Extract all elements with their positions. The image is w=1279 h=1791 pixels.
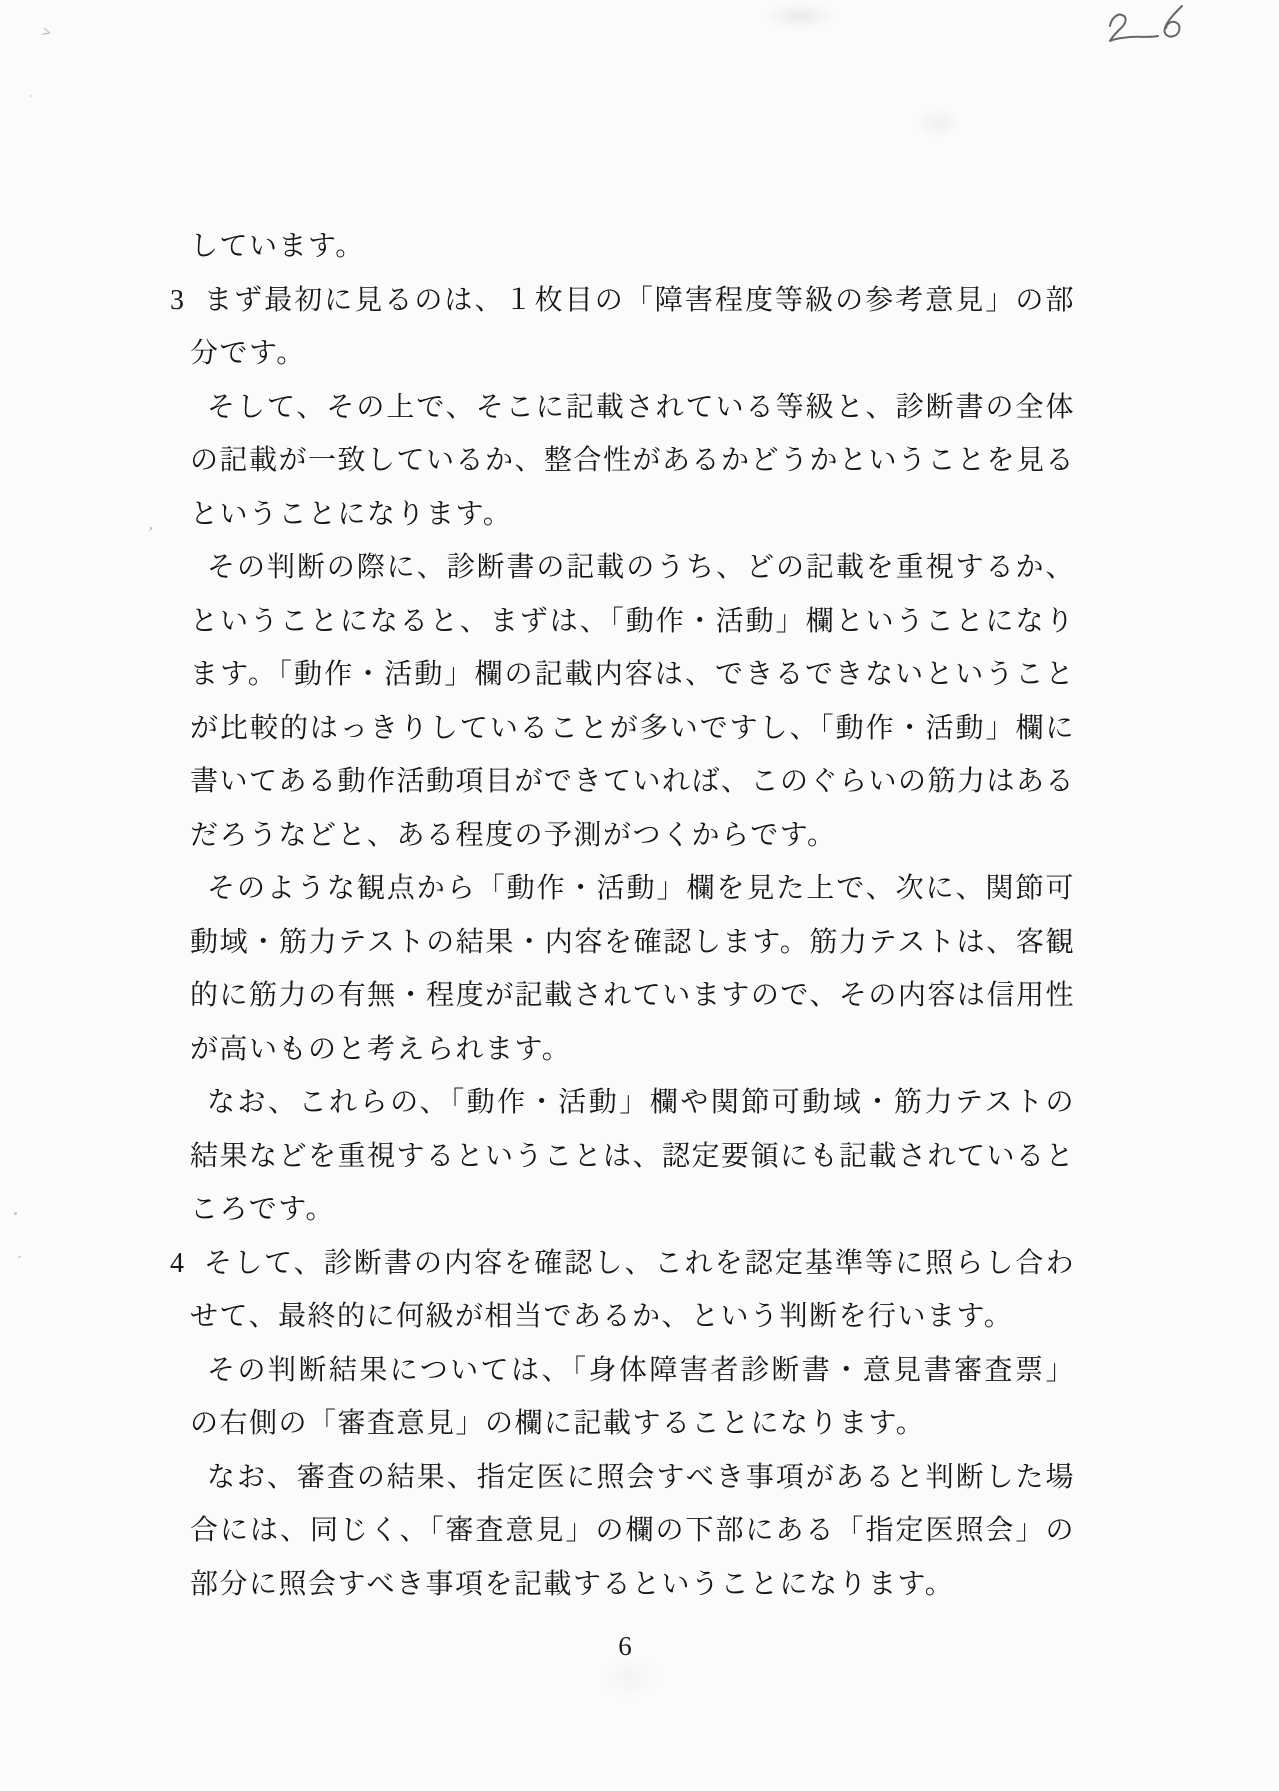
text-line: が高いものと考えられます。 — [190, 1023, 1075, 1077]
page-number: 6 — [560, 1631, 690, 1662]
handwritten-page-number — [1100, 0, 1200, 50]
text-line-text: まず最初に見るのは、１枚目の「障害程度等級の参考意見」の部 — [204, 285, 1075, 316]
text-line: ということになると、まずは、「動作・活動」欄ということになり — [190, 595, 1075, 649]
text-line: 分です。 — [190, 327, 1075, 381]
text-line: その判断の際に、診断書の記載のうち、どの記載を重視するか、 — [190, 541, 1075, 595]
scan-smudge — [765, 2, 835, 30]
scan-speck — [18, 1256, 21, 1258]
text-line: そのような観点から「動作・活動」欄を見た上で、次に、関節可 — [190, 862, 1075, 916]
text-line: ます。「動作・活動」欄の記載内容は、できるできないということ — [190, 648, 1075, 702]
scan-speck — [30, 95, 32, 97]
item-number: 3 — [170, 274, 184, 328]
scan-smudge — [915, 108, 961, 138]
text-line-text: そして、診断書の内容を確認し、これを認定基準等に照らし合わ — [204, 1248, 1075, 1279]
scan-pen-tick: ’ — [145, 526, 153, 542]
text-line: そして、その上で、そこに記載されている等級と、診断書の全体 — [190, 381, 1075, 435]
text-line: ということになります。 — [190, 488, 1075, 542]
item-number: 4 — [170, 1237, 184, 1291]
scan-speck — [14, 1212, 17, 1215]
text-line: その判断結果については、「身体障害者診断書・意見書審査票」 — [190, 1344, 1075, 1398]
text-line: 的に筋力の有無・程度が記載されていますので、その内容は信用性 — [190, 969, 1075, 1023]
document-page: ˃ ’ しています。 3まず最初に見るのは、１枚目の「障害程度等級の参考意見」の… — [0, 0, 1279, 1791]
text-line: せて、最終的に何級が相当であるか、という判断を行います。 — [190, 1290, 1075, 1344]
body-text: しています。 3まず最初に見るのは、１枚目の「障害程度等級の参考意見」の部 分で… — [190, 220, 1075, 1611]
text-line: 動域・筋力テストの結果・内容を確認します。筋力テストは、客観 — [190, 916, 1075, 970]
text-line: ころです。 — [190, 1183, 1075, 1237]
handwritten-digit-2 — [1110, 15, 1158, 41]
text-line: 結果などを重視するということは、認定要領にも記載されていると — [190, 1130, 1075, 1184]
text-line: の記載が一致しているか、整合性があるかどうかということを見る — [190, 434, 1075, 488]
text-line: 4そして、診断書の内容を確認し、これを認定基準等に照らし合わ — [190, 1237, 1075, 1291]
text-line: しています。 — [190, 220, 1075, 274]
text-line: 書いてある動作活動項目ができていれば、このぐらいの筋力はある — [190, 755, 1075, 809]
text-line: 部分に照会すべき事項を記載するということになります。 — [190, 1558, 1075, 1612]
text-line: が比較的はっきりしていることが多いですし、「動作・活動」欄に — [190, 702, 1075, 756]
text-line: だろうなどと、ある程度の予測がつくからです。 — [190, 809, 1075, 863]
text-line: 3まず最初に見るのは、１枚目の「障害程度等級の参考意見」の部 — [190, 274, 1075, 328]
text-line: なお、審査の結果、指定医に照会すべき事項があると判断した場 — [190, 1451, 1075, 1505]
text-line: なお、これらの、「動作・活動」欄や関節可動域・筋力テストの — [190, 1076, 1075, 1130]
handwritten-digit-6 — [1165, 6, 1182, 37]
text-line: 合には、同じく、「審査意見」の欄の下部にある「指定医照会」の — [190, 1504, 1075, 1558]
scan-pen-tick: ˃ — [40, 25, 52, 42]
text-line: の右側の「審査意見」の欄に記載することになります。 — [190, 1397, 1075, 1451]
